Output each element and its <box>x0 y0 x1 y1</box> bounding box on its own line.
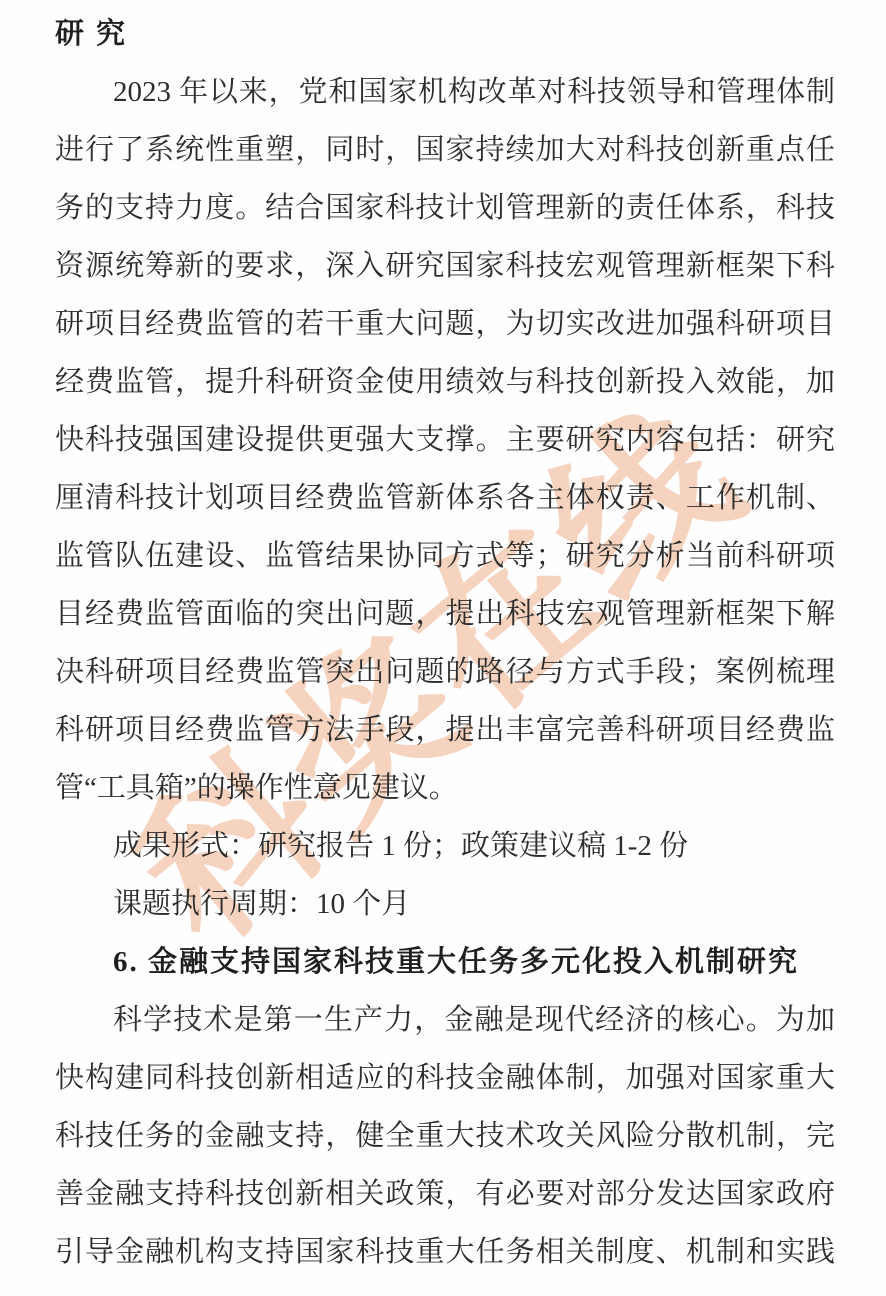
text-line: 科学技术是第一生产力，金融是现代经济的核心。为加 <box>55 991 835 1049</box>
text-line: 科技任务的金融支持，健全重大技术攻关风险分散机制，完 <box>55 1107 835 1165</box>
text-line: 科研项目经费监管方法手段，提出丰富完善科研项目经费监 <box>55 701 835 759</box>
text-line: 管“工具箱”的操作性意见建议。 <box>55 759 835 817</box>
text-line: 快构建同科技创新相适应的科技金融体制，加强对国家重大 <box>55 1049 835 1107</box>
text-line: 成果形式：研究报告 1 份；政策建议稿 1-2 份 <box>55 817 835 875</box>
text-line: 决科研项目经费监管突出问题的路径与方式手段；案例梳理 <box>55 643 835 701</box>
text-line: 目经费监管面临的突出问题，提出科技宏观管理新框架下解 <box>55 585 835 643</box>
section-heading: 研究 <box>55 5 835 63</box>
text-line: 资源统筹新的要求，深入研究国家科技宏观管理新框架下科 <box>55 237 835 295</box>
text-line: 经费监管，提升科研资金使用绩效与科技创新投入效能，加 <box>55 353 835 411</box>
text-line: 进行了系统性重塑，同时，国家持续加大对科技创新重点任 <box>55 121 835 179</box>
text-block: 研究2023 年以来，党和国家机构改革对科技领导和管理体制进行了系统性重塑，同时… <box>55 5 835 1281</box>
text-line: 2023 年以来，党和国家机构改革对科技领导和管理体制 <box>55 63 835 121</box>
text-line: 厘清科技计划项目经费监管新体系各主体权责、工作机制、 <box>55 469 835 527</box>
text-line: 务的支持力度。结合国家科技计划管理新的责任体系，科技 <box>55 179 835 237</box>
section-heading: 6. 金融支持国家科技重大任务多元化投入机制研究 <box>55 933 835 991</box>
document-page: 科奖在线 研究2023 年以来，党和国家机构改革对科技领导和管理体制进行了系统性… <box>0 0 886 1296</box>
text-line: 引导金融机构支持国家科技重大任务相关制度、机制和实践 <box>55 1223 835 1281</box>
text-line: 善金融支持科技创新相关政策，有必要对部分发达国家政府 <box>55 1165 835 1223</box>
text-line: 快科技强国建设提供更强大支撑。主要研究内容包括：研究 <box>55 411 835 469</box>
text-line: 课题执行周期：10 个月 <box>55 875 835 933</box>
text-line: 监管队伍建设、监管结果协同方式等；研究分析当前科研项 <box>55 527 835 585</box>
text-line: 研项目经费监管的若干重大问题，为切实改进加强科研项目 <box>55 295 835 353</box>
